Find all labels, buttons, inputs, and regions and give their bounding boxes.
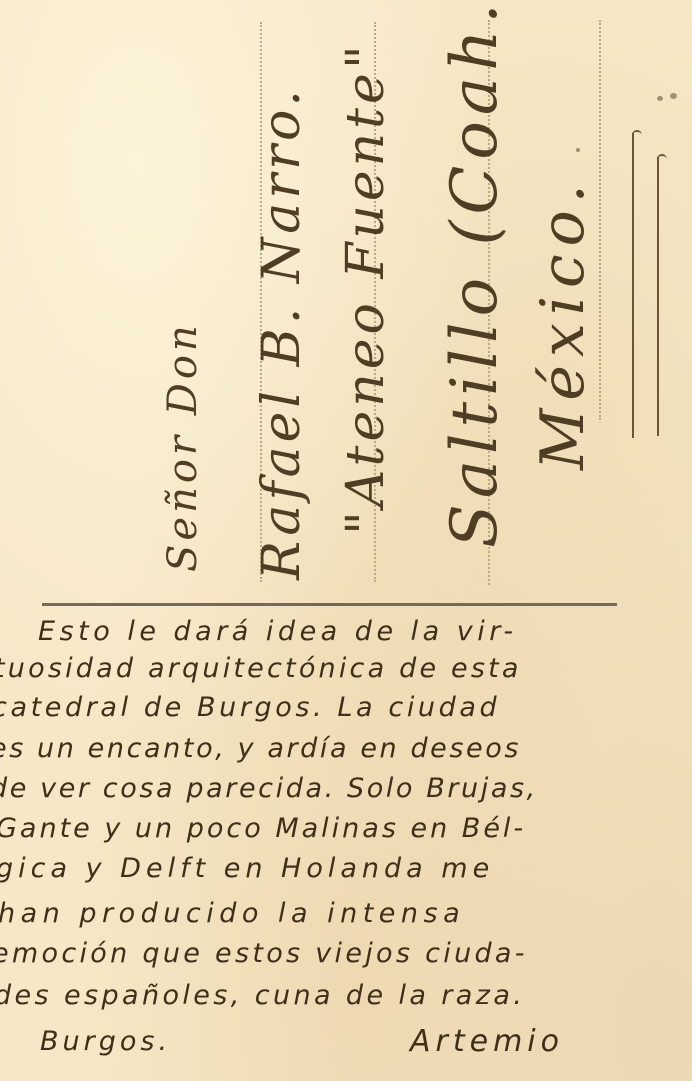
message-line: gica y Delft en Holanda me bbox=[0, 853, 494, 884]
message-line: de ver cosa parecida. Solo Brujas, bbox=[0, 773, 538, 804]
ink-spot bbox=[670, 93, 677, 99]
message-line: Esto le dará idea de la vir- bbox=[38, 616, 518, 647]
address-area: Señor Don Rafael B. Narro. "Ateneo Fuent… bbox=[0, 0, 692, 600]
message-line: Gante y un poco Malinas en Bél- bbox=[0, 813, 526, 844]
postcard: Señor Don Rafael B. Narro. "Ateneo Fuent… bbox=[0, 0, 692, 1081]
message-line: es un encanto, y ardía en deseos bbox=[0, 733, 521, 764]
address-institution: "Ateneo Fuente" bbox=[336, 41, 396, 535]
message-place: Burgos. bbox=[40, 1026, 171, 1057]
message-line: han producido la intensa bbox=[0, 898, 465, 929]
ink-spot bbox=[576, 148, 580, 152]
decorative-flourish-line-2 bbox=[657, 156, 659, 436]
message-line: catedral de Burgos. La ciudad bbox=[0, 692, 500, 723]
decorative-flourish-line-1 bbox=[632, 132, 634, 438]
message-line: tuosidad arquitectónica de esta bbox=[0, 653, 522, 684]
address-dotted-line-4 bbox=[599, 20, 601, 420]
message-line: des españoles, cuna de la raza. bbox=[0, 980, 525, 1011]
ink-spot bbox=[657, 96, 663, 101]
message-signature: Artemio bbox=[410, 1024, 564, 1059]
address-salutation: Señor Don bbox=[160, 321, 206, 572]
address-country: México. bbox=[528, 176, 598, 470]
horizontal-divider-rule bbox=[42, 603, 617, 606]
address-city: Saltillo (Coah.) bbox=[438, 0, 512, 548]
message-line: emoción que estos viejos ciuda- bbox=[0, 938, 528, 969]
address-recipient-name: Rafael B. Narro. bbox=[252, 86, 312, 580]
